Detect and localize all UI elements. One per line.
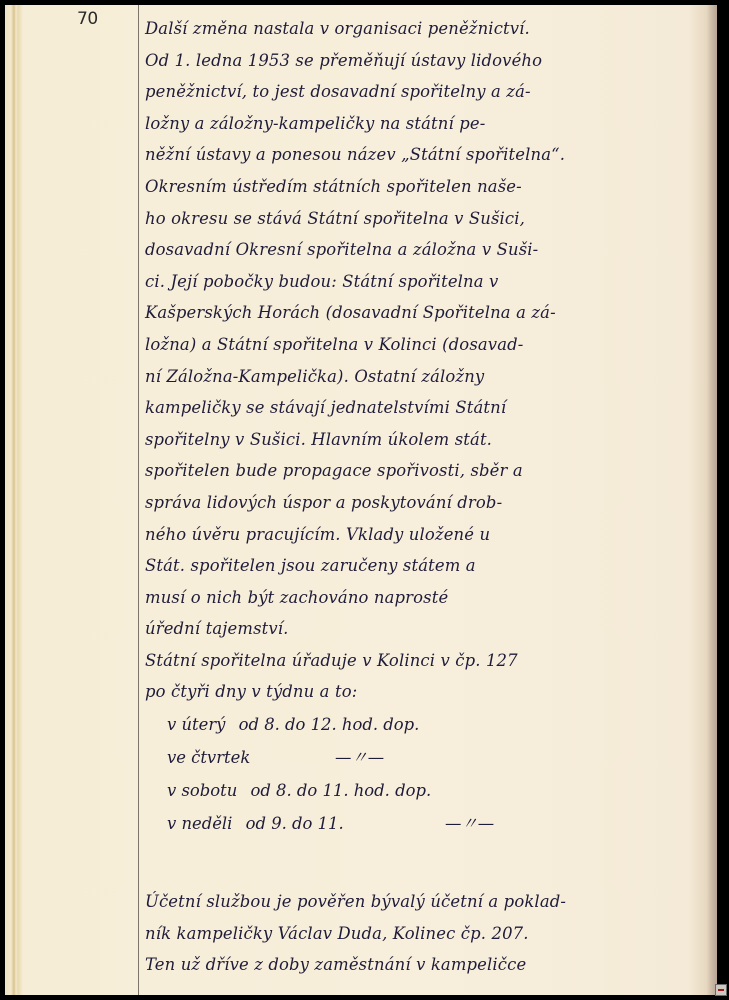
text-line: po čtyři dny v týdnu a to: [145, 676, 710, 708]
text-line: Kašperských Horách (dosavadní Spořitelna… [145, 297, 710, 329]
schedule-hours: od 9. do 11. [246, 807, 344, 840]
schedule-row-sunday: v neděli od 9. do 11. —〃— [145, 807, 710, 840]
text-line: něžní ústavy a ponesou název „Státní spo… [145, 139, 710, 171]
text-line: spořitelny v Sušici. Hlavním úkolem stát… [145, 424, 710, 456]
schedule-day: ve čtvrtek [167, 741, 250, 774]
text-line: ného úvěru pracujícím. Vklady uložené u [145, 519, 710, 551]
scan-frame: 70 Další změna nastala v organisaci peně… [0, 0, 729, 1000]
schedule-row-tuesday: v úterý od 8. do 12. hod. dop. [145, 708, 710, 741]
text-line: ník kampeličky Václav Duda, Kolinec čp. … [145, 918, 710, 950]
text-line: Státní spořitelna úřaduje v Kolinci v čp… [145, 645, 710, 677]
text-line: Ten už dříve z doby zaměstnání v kampeli… [145, 949, 710, 981]
page-number: 70 [77, 9, 98, 29]
text-line: dosavadní Okresní spořitelna a záložna v… [145, 234, 710, 266]
text-line: správa lidových úspor a poskytování drob… [145, 487, 710, 519]
ditto-mark: —〃— [445, 807, 494, 840]
schedule-day: v neděli [167, 807, 232, 840]
text-line: Od 1. ledna 1953 se přeměňují ústavy lid… [145, 45, 710, 77]
text-line: ní Záložna-Kampelička). Ostatní záložny [145, 361, 710, 393]
text-line: ho okresu se stává Státní spořitelna v S… [145, 203, 710, 235]
text-line: ložny a záložny-kampeličky na státní pe- [145, 108, 710, 140]
schedule-row-thursday: ve čtvrtek —〃— [145, 741, 710, 774]
text-line: Okresním ústředím státních spořitelen na… [145, 171, 710, 203]
schedule-hours: od 8. do 12. hod. dop. [239, 708, 420, 741]
text-line: kampeličky se stávají jednatelstvími Stá… [145, 392, 710, 424]
viewer-corner-icon[interactable] [715, 984, 727, 996]
ledger-page: 70 Další změna nastala v organisaci peně… [5, 5, 717, 995]
margin-rule [138, 5, 139, 995]
ditto-mark: —〃— [335, 741, 384, 774]
text-line: peněžnictví, to jest dosavadní spořiteln… [145, 76, 710, 108]
schedule-hours: od 8. do 11. hod. dop. [250, 774, 431, 807]
handwritten-text: Další změna nastala v organisaci peněžni… [145, 13, 710, 981]
text-line: ci. Její pobočky budou: Státní spořiteln… [145, 266, 710, 298]
paragraph-gap [145, 840, 710, 886]
text-line: ložna) a Státní spořitelna v Kolinci (do… [145, 329, 710, 361]
text-line: spořitelen bude propagace spořivosti, sb… [145, 455, 710, 487]
text-line: Stát. spořitelen jsou zaručeny státem a [145, 550, 710, 582]
text-line: úřední tajemství. [145, 613, 710, 645]
text-line: Další změna nastala v organisaci peněžni… [145, 13, 710, 45]
schedule-day: v sobotu [167, 774, 237, 807]
schedule-day: v úterý [167, 708, 225, 741]
text-line: Účetní službou je pověřen bývalý účetní … [145, 886, 710, 918]
schedule-row-saturday: v sobotu od 8. do 11. hod. dop. [145, 774, 710, 807]
text-line: musí o nich být zachováno naprosté [145, 582, 710, 614]
